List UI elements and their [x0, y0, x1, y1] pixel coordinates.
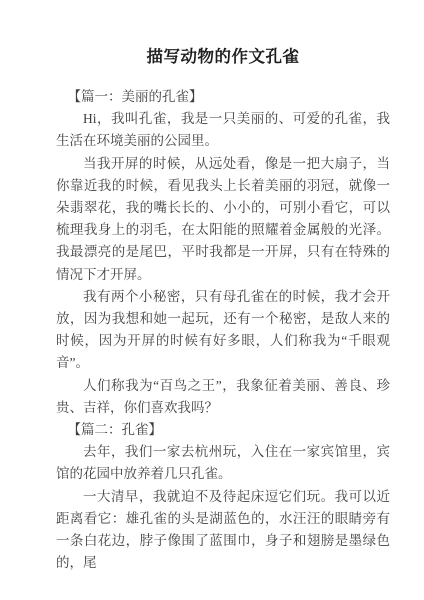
essay-title: 描写动物的作文孔雀	[56, 44, 390, 70]
paragraph: Hi，我叫孔雀，我是一只美丽的、可爱的孔雀，我生活在环境美丽的公园里。	[56, 108, 390, 152]
paragraph: 去年，我们一家去杭州玩，入住在一家宾馆里，宾馆的花园中放养着几只孔雀。	[56, 441, 390, 485]
section-heading: 【篇一：美丽的孔雀】	[56, 86, 390, 108]
essay-body: 【篇一：美丽的孔雀】Hi，我叫孔雀，我是一只美丽的、可爱的孔雀，我生活在环境美丽…	[56, 86, 390, 574]
section-heading: 【篇二：孔雀】	[56, 419, 390, 441]
paragraph: 当我开屏的时候，从远处看，像是一把大扇子，当你靠近我的时候，看见我头上长着美丽的…	[56, 153, 390, 286]
paragraph: 人们称我为“百鸟之王”，我象征着美丽、善良、珍贵、吉祥，你们喜欢我吗？	[56, 375, 390, 419]
paragraph: 我有两个小秘密，只有母孔雀在的时候，我才会开放，因为我想和她一起玩，还有一个秘密…	[56, 286, 390, 375]
document-page: 描写动物的作文孔雀 【篇一：美丽的孔雀】Hi，我叫孔雀，我是一只美丽的、可爱的孔…	[0, 0, 424, 600]
paragraph: 一大清早，我就迫不及待起床逗它们玩。我可以近距离看它：雄孔雀的头是湖蓝色的，水汪…	[56, 486, 390, 575]
